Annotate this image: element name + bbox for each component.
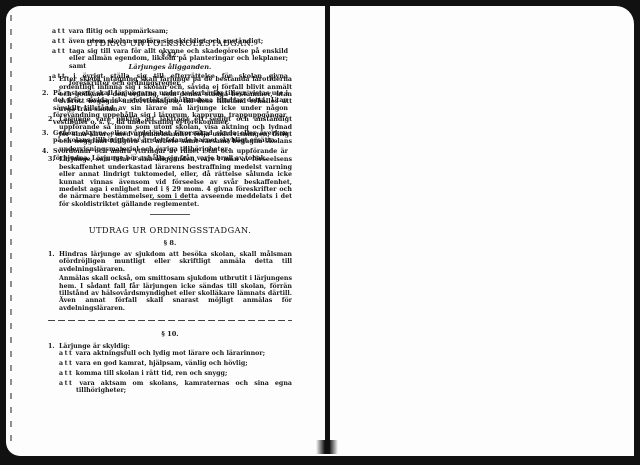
att-word: att: [59, 380, 73, 387]
item-number: 2.: [42, 90, 49, 97]
att-word: att: [52, 73, 66, 80]
item-text: Svordomar och andra yttringar av råhet i…: [53, 148, 288, 162]
section-10-continued-list: 2.På rasterna skall lärjungarna under ve…: [42, 90, 288, 163]
att-word: att: [52, 28, 66, 35]
att-word: att: [52, 38, 66, 45]
att-line: att vara en god kamrat, hjälpsam, vänlig…: [59, 360, 292, 367]
item-continuation: Anmälas skall också, om smittosam sjukdo…: [59, 275, 292, 312]
gutter-shadow: [316, 440, 338, 454]
item-number: 4.: [42, 148, 49, 155]
item-text: Hindras lärjunge av sjukdom att besöka s…: [59, 251, 292, 273]
att-text: även utom skolan uppföra sig skickligt o…: [69, 38, 264, 45]
section-10-list: 1.Lärjunge är skyldig: att vara aktnings…: [48, 343, 292, 395]
list-item: 1.Hindras lärjunge av sjukdom att besöka…: [48, 251, 292, 312]
section-8-list: 1.Hindras lärjunge av sjukdom att besöka…: [48, 251, 292, 312]
att-text: vara aktsam om skolans, kamraternas och …: [76, 380, 292, 394]
section-8-label: § 8.: [48, 240, 292, 247]
end-divider: [150, 199, 190, 200]
att-word: att: [59, 350, 73, 357]
dashed-divider: [48, 320, 292, 321]
att-text: i övrigt ställa sig till efterrättelse f…: [69, 73, 288, 87]
att-line: att vara aktningsfull och lydig mot lära…: [59, 350, 292, 357]
item-number: 1.: [48, 343, 55, 350]
page-edge: [10, 15, 12, 445]
item-text: På rasterna skall lärjungarna under vede…: [53, 90, 288, 127]
right-page-text: att vara flitig och uppmärksam; att även…: [52, 28, 288, 200]
att-text: komma till skolan i rätt tid, ren och sn…: [76, 370, 228, 377]
book-gutter: [325, 6, 330, 454]
list-item: 2.På rasterna skall lärjungarna under ve…: [42, 90, 288, 127]
att-line: att vara aktsam om skolans, kamraternas …: [59, 380, 292, 395]
att-word: att: [59, 370, 73, 377]
list-item: 1.Lärjunge är skyldig: att vara aktnings…: [48, 343, 292, 395]
list-item: 3.Genom okynne eller vårdslöshet förorsa…: [42, 130, 288, 145]
list-item: 4.Svordomar och andra yttringar av råhet…: [42, 148, 288, 163]
item-text: Lärjunge är skyldig:: [59, 343, 130, 350]
heading-ordningsstadgan: UTDRAG UR ORDNINGSSTADGAN.: [48, 227, 292, 234]
section-divider: [150, 214, 190, 215]
att-text: taga sig till vara för allt okynne och s…: [69, 48, 288, 70]
att-line: att vara flitig och uppmärksam;: [52, 28, 288, 35]
att-text: vara flitig och uppmärksam;: [69, 28, 168, 35]
att-word: att: [59, 360, 73, 367]
att-line: att i övrigt ställa sig till efterrättel…: [52, 73, 288, 88]
att-text: vara aktningsfull och lydig mot lärare o…: [76, 350, 265, 357]
section-10-label: § 10.: [48, 331, 292, 338]
item-number: 1.: [48, 251, 55, 258]
right-page: [328, 6, 634, 456]
item-number: 3.: [42, 130, 49, 137]
att-line: att taga sig till vara för allt okynne o…: [52, 48, 288, 70]
att-word: att: [52, 48, 66, 55]
att-text: vara en god kamrat, hjälpsam, vänlig och…: [76, 360, 248, 367]
att-line: att komma till skolan i rätt tid, ren oc…: [59, 370, 292, 377]
book-spread: UTDRAG UR FOLKSKOLESTADGAN. § 42. Lärjun…: [0, 0, 640, 465]
att-line: att även utom skolan uppföra sig skickli…: [52, 38, 288, 45]
item-text: Genom okynne eller vårdslöshet förorsaka…: [53, 130, 288, 144]
